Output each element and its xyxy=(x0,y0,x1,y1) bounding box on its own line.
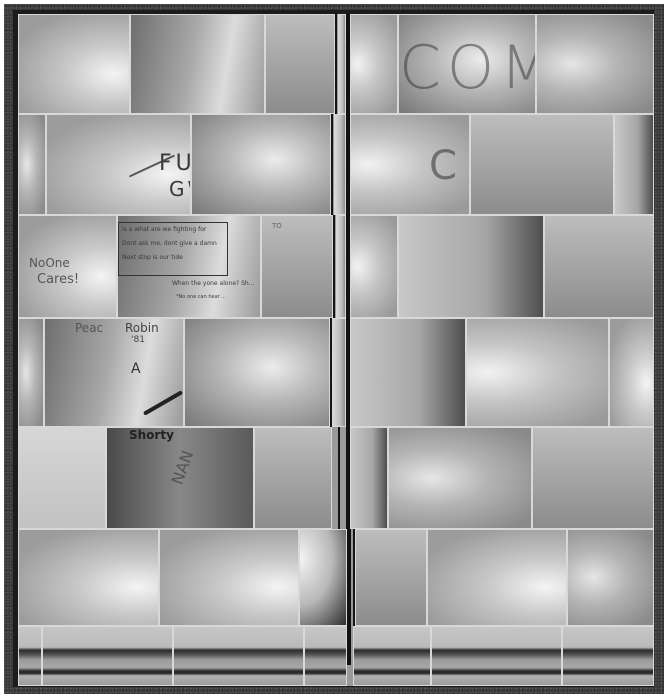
graffiti-robin: Robin xyxy=(125,321,159,335)
graffiti-year: '81 xyxy=(131,335,145,345)
graffiti-below-line-2: *No one can hear ... xyxy=(176,294,226,300)
photo-tile xyxy=(355,529,427,626)
graffiti-gwinn: GWINN! xyxy=(169,177,191,201)
door-gap xyxy=(347,626,351,665)
mosaic-row-6 xyxy=(18,529,654,626)
graffiti-peac: Peac xyxy=(75,321,103,335)
door-gap xyxy=(347,529,351,626)
door-gap xyxy=(331,114,333,215)
door-gap xyxy=(335,14,337,114)
photo-tile xyxy=(18,318,44,427)
photo-tile xyxy=(614,114,654,215)
photo-tile xyxy=(130,14,265,114)
photo-tile: TO xyxy=(261,215,333,318)
graffiti-box-line-1: Is a what are we fighting for xyxy=(122,226,206,233)
photo-tile xyxy=(466,318,609,427)
mosaic-row-1: COME xyxy=(18,14,654,114)
photo-tile xyxy=(388,427,532,529)
door-gap xyxy=(338,427,340,529)
photo-tile xyxy=(254,427,332,529)
graffiti-cares: Cares! xyxy=(37,272,79,287)
photo-tile: Peac Robin '81 A xyxy=(44,318,184,427)
mosaic-row-3: NoOne Cares! Is a what are we fighting f… xyxy=(18,215,654,318)
photo-tile xyxy=(338,14,346,114)
photo-tile xyxy=(350,318,466,427)
photo-tile xyxy=(18,529,159,626)
photo-tile xyxy=(336,215,346,318)
graffiti-below-line-1: When the yone alone? Sh... xyxy=(172,280,254,287)
photo-tile xyxy=(173,626,304,686)
photo-tile xyxy=(159,529,299,626)
photo-tile: NoOne Cares! xyxy=(18,215,117,318)
photo-tile xyxy=(18,427,106,529)
graffiti-come: COME xyxy=(399,33,536,103)
graffiti-a: A xyxy=(131,361,141,377)
photo-tile xyxy=(544,215,654,318)
photo-tile xyxy=(184,318,330,427)
photo-tile xyxy=(334,114,346,215)
photo-tile xyxy=(299,529,347,626)
photo-tile xyxy=(18,626,42,686)
photo-tile xyxy=(18,14,130,114)
photo-tile xyxy=(350,14,398,114)
graffiti-shorty: Shorty xyxy=(129,428,174,442)
photo-tile xyxy=(427,529,567,626)
graffiti-to: TO xyxy=(272,222,282,230)
photo-tile xyxy=(353,626,431,686)
mosaic-row-4: Peac Robin '81 A xyxy=(18,318,654,427)
photo-tile: FUCK GWINN! xyxy=(46,114,191,215)
mosaic-row-7-floor xyxy=(18,626,654,686)
photo-mosaic: COME FUCK GWINN! C NoOne Cares! Is a wha… xyxy=(18,14,654,686)
graffiti-fuck: FUCK xyxy=(159,151,191,176)
photo-tile xyxy=(536,14,654,114)
photo-tile xyxy=(398,215,544,318)
photo-tile xyxy=(431,626,562,686)
photo-tile xyxy=(18,114,46,215)
mosaic-row-5: Shorty NAN xyxy=(18,427,654,529)
graffiti-nan: NAN xyxy=(168,448,198,487)
graffiti-box-line-3: Next stop is our tide xyxy=(122,254,183,261)
photo-tile xyxy=(304,626,347,686)
graffiti-box-line-2: Dont ask me, dont give a damn xyxy=(122,240,217,247)
photo-tile xyxy=(191,114,331,215)
door-gap xyxy=(333,215,335,318)
photo-tile xyxy=(332,318,346,427)
photo-tile xyxy=(350,215,398,318)
photo-tile xyxy=(609,318,654,427)
graffiti-c: C xyxy=(429,143,457,189)
photo-tile xyxy=(562,626,654,686)
photo-tile: Shorty NAN xyxy=(106,427,254,529)
scratch-mark xyxy=(143,390,183,415)
photo-tile: COME xyxy=(398,14,536,114)
photo-tile xyxy=(567,529,654,626)
mosaic-row-2: FUCK GWINN! C xyxy=(18,114,654,215)
photo-tile xyxy=(470,114,614,215)
photo-tile xyxy=(42,626,173,686)
photo-tile xyxy=(532,427,654,529)
photo-tile xyxy=(350,427,388,529)
photo-tile xyxy=(265,14,335,114)
photo-tile: Is a what are we fighting for Dont ask m… xyxy=(117,215,261,318)
photo-tile: C xyxy=(350,114,470,215)
graffiti-noone: NoOne xyxy=(29,256,70,270)
